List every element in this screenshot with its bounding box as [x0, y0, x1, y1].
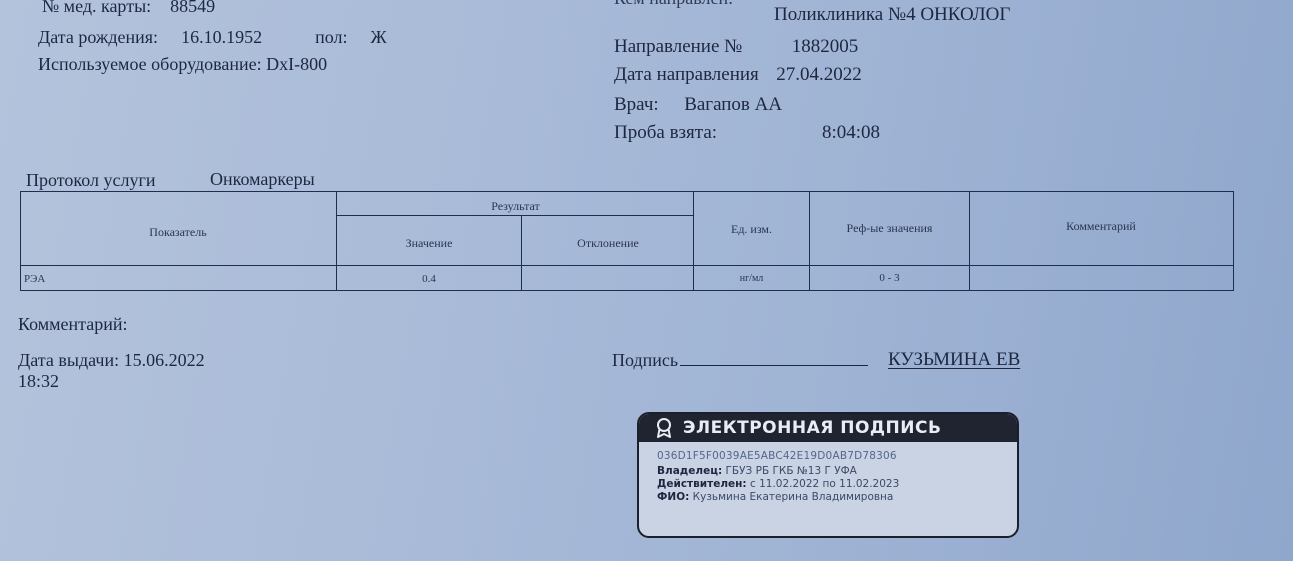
- signature-label: Подпись: [612, 350, 678, 370]
- header-reference: Реф-ые значения: [810, 221, 969, 236]
- clinic-name: Поликлиника №4 ОНКОЛОГ: [774, 4, 1010, 26]
- row-unit: нг/мл: [694, 273, 809, 284]
- validity-row: Действителен: с 11.02.2022 по 11.02.2023: [657, 478, 1017, 491]
- issue-date-label: Дата выдачи:: [18, 350, 119, 370]
- issue-date-value: 15.06.2022: [124, 350, 205, 370]
- fio-row: ФИО: Кузьмина Екатерина Владимировна: [657, 491, 1017, 504]
- referral-from-label: Кем направлен:: [614, 0, 733, 9]
- equipment-label: Используемое оборудование:: [38, 54, 262, 74]
- e-signature-title: ЭЛЕКТРОННАЯ ПОДПИСЬ: [683, 418, 941, 438]
- header-deviation: Отклонение: [522, 236, 694, 251]
- row-indicator: РЭА: [24, 273, 45, 285]
- doctor-row: Врач: Вагапов АА: [614, 94, 782, 116]
- card-number-label: № мед. карты:: [42, 0, 151, 16]
- col-divider: [969, 191, 970, 290]
- e-signature-header: ЭЛЕКТРОННАЯ ПОДПИСЬ: [639, 414, 1017, 442]
- sex-label: пол:: [315, 27, 347, 47]
- sex-value: Ж: [370, 27, 386, 47]
- referral-date-value: 27.04.2022: [776, 64, 862, 85]
- sample-time: 8:04:08: [822, 122, 880, 144]
- referral-date-label: Дата направления: [614, 64, 759, 85]
- signature-line: [680, 364, 868, 366]
- fio-value: Кузьмина Екатерина Владимировна: [693, 491, 894, 503]
- fio-label: ФИО:: [657, 491, 689, 503]
- header-indicator: Показатель: [20, 225, 336, 240]
- comment-label: Комментарий:: [18, 314, 128, 335]
- card-number-row: № мед. карты: 88549: [42, 0, 215, 17]
- owner-row: Владелец: ГБУЗ РБ ГКБ №13 Г УФА: [657, 465, 1017, 478]
- signer-name: КУЗЬМИНА ЕВ: [888, 349, 1020, 371]
- referral-number-row: Направление № 1882005: [614, 36, 858, 58]
- issue-time: 18:32: [18, 371, 59, 392]
- birth-date-value: 16.10.1952: [181, 27, 262, 47]
- doctor-label: Врач:: [614, 94, 659, 115]
- col-divider: [521, 215, 522, 290]
- referral-number-value: 1882005: [792, 36, 859, 57]
- sample-row: Проба взята:: [614, 122, 717, 144]
- protocol-label: Протокол услуги: [26, 170, 155, 191]
- birth-date-label: Дата рождения:: [38, 27, 158, 47]
- header-comment: Комментарий: [970, 219, 1232, 234]
- protocol-value: Онкомаркеры: [210, 169, 315, 190]
- header-unit: Ед. изм.: [694, 222, 809, 237]
- award-ribbon-icon: [655, 418, 673, 438]
- e-signature-stamp: ЭЛЕКТРОННАЯ ПОДПИСЬ 036D1F5F0039AE5ABC42…: [637, 412, 1019, 538]
- card-number-value: 88549: [170, 0, 215, 16]
- owner-label: Владелец:: [657, 465, 722, 477]
- header-value: Значение: [337, 236, 521, 251]
- result-subheader-divider: [337, 215, 694, 216]
- doctor-value: Вагапов АА: [684, 94, 782, 115]
- validity-label: Действителен:: [657, 478, 747, 490]
- equipment-row: Используемое оборудование: DxI-800: [38, 54, 327, 75]
- row-reference: 0 - 3: [810, 272, 969, 284]
- sample-label: Проба взята:: [614, 122, 717, 143]
- issue-date-row: Дата выдачи: 15.06.2022: [18, 350, 205, 371]
- validity-value: с 11.02.2022 по 11.02.2023: [750, 478, 899, 490]
- birth-date-row: Дата рождения: 16.10.1952 пол: Ж: [38, 27, 387, 48]
- header-divider: [20, 265, 1234, 266]
- equipment-value: DxI-800: [266, 54, 327, 74]
- row-value: 0.4: [337, 273, 521, 285]
- certificate-serial: 036D1F5F0039AE5ABC42E19D0AB7D78306: [657, 450, 1017, 463]
- referral-number-label: Направление №: [614, 36, 742, 57]
- header-result: Результат: [337, 199, 694, 214]
- owner-value: ГБУЗ РБ ГКБ №13 Г УФА: [726, 465, 857, 477]
- referral-date-row: Дата направления 27.04.2022: [614, 64, 862, 86]
- signature-row: Подпись: [612, 350, 868, 371]
- e-signature-details: 036D1F5F0039AE5ABC42E19D0AB7D78306 Владе…: [639, 442, 1017, 504]
